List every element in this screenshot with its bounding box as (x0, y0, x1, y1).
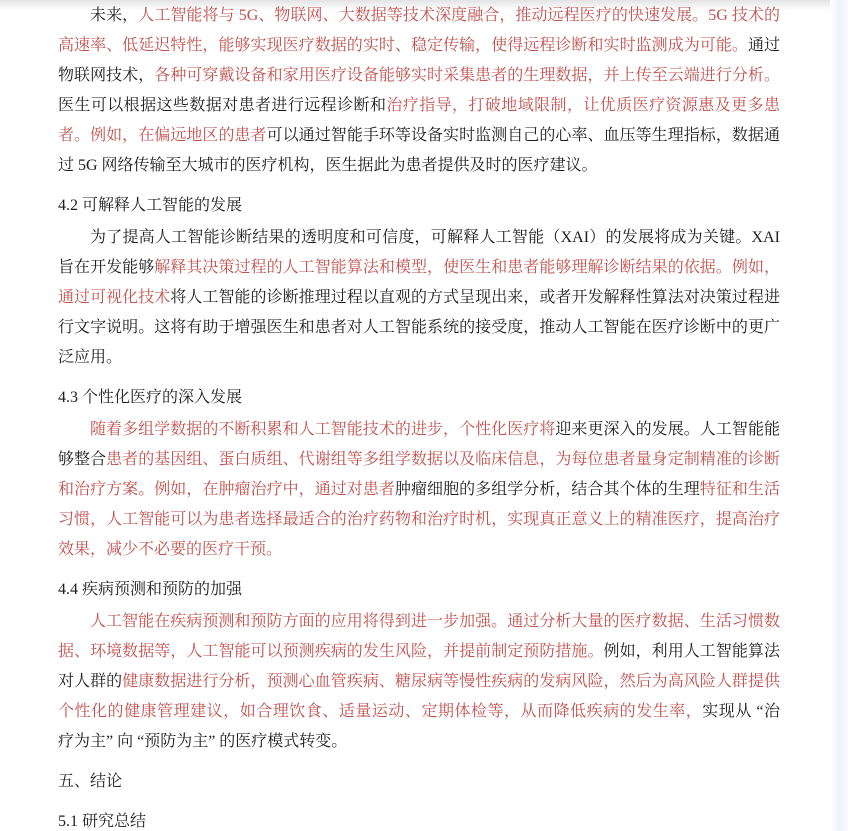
document-line: 通过可视化技术将人工智能的诊断推理过程以直观的方式呈现出来，或者开发解释性算法对… (58, 283, 780, 313)
revision-text-run: 人工智能将与 5G、物联网、大数据等技术深度融合，推动远程医疗的快速发展。5G … (138, 7, 780, 24)
body-text-run: 够整合 (58, 451, 106, 468)
body-text-run: 未来， (90, 7, 138, 24)
revision-text-run: 各种可穿戴设备和家用医疗设备能够实时采集患者的生理数据，并上传至云端进行分析。 (154, 67, 780, 84)
revision-text-run: 高速率、低延迟特性，能够实现医疗数据的实时、稳定传输，使得远程诊断和实时监测成为… (58, 37, 748, 54)
document-line: 过 5G 网络传输至大城市的医疗机构，医生据此为患者提供及时的医疗建议。 (58, 151, 780, 181)
body-text-run: 物联网技术， (58, 67, 154, 84)
body-text-run: 4.3 个性化医疗的深入发展 (58, 389, 242, 406)
document-line: 物联网技术，各种可穿戴设备和家用医疗设备能够实时采集患者的生理数据，并上传至云端… (58, 61, 780, 91)
revision-text-run: 随着多组学数据的不断积累和人工智能技术的进步，个性化医疗将 (90, 421, 555, 438)
revision-text-run: 者。例如，在偏远地区的患者 (58, 127, 267, 144)
body-text-run: 医生可以根据这些数据对患者进行远程诊断和 (58, 97, 386, 114)
revision-text-run: 据、环境数据等，人工智能可以预测疾病的发生风险，并提前制定预防措施。 (58, 643, 604, 660)
document-line: 旨在开发能够解释其决策过程的人工智能算法和模型，使医生和患者能够理解诊断结果的依… (58, 253, 780, 283)
section-heading: 4.3 个性化医疗的深入发展 (58, 383, 780, 413)
revision-text-run: 特征和生活 (700, 481, 780, 498)
body-text-run: 迎来更深入的发展。人工智能能 (555, 421, 780, 438)
scrollbar-track[interactable] (830, 0, 848, 831)
body-text-run: 肿瘤细胞的多组学分析，结合其个体的生理 (395, 481, 700, 498)
document-line: 行文字说明。这将有助于增强医生和患者对人工智能系统的接受度，推动人工智能在医疗诊… (58, 313, 780, 343)
document-line: 者。例如，在偏远地区的患者可以通过智能手环等设备实时监测自己的心率、血压等生理指… (58, 121, 780, 151)
body-text-run: 过 5G 网络传输至大城市的医疗机构，医生据此为患者提供及时的医疗建议。 (58, 157, 598, 174)
revision-text-run: 习惯，人工智能可以为患者选择最适合的治疗药物和治疗时机，实现真正意义上的精准医疗… (58, 511, 780, 528)
revision-text-run: 和治疗方案。例如，在肿瘤治疗中，通过对患者 (58, 481, 395, 498)
document-line: 医生可以根据这些数据对患者进行远程诊断和治疗指导，打破地域限制，让优质医疗资源惠… (58, 91, 780, 121)
document-line: 疗为主” 向 “预防为主” 的医疗模式转变。 (58, 727, 780, 757)
revision-text-run: 治疗指导，打破地域限制，让优质医疗资源惠及更多患 (386, 97, 780, 114)
document-line: 随着多组学数据的不断积累和人工智能技术的进步，个性化医疗将迎来更深入的发展。人工… (58, 415, 780, 445)
body-text-run: 可以通过智能手环等设备实时监测自己的心率、血压等生理指标，数据通 (267, 127, 780, 144)
body-text-run: 对人群的 (58, 673, 122, 690)
document-line: 效果，减少不必要的医疗干预。 (58, 535, 780, 565)
document-line: 习惯，人工智能可以为患者选择最适合的治疗药物和治疗时机，实现真正意义上的精准医疗… (58, 505, 780, 535)
revision-text-run: 人工智能在疾病预测和预防方面的应用将得到进一步加强。通过分析大量的医疗数据、生活… (90, 613, 780, 630)
body-text-run: 为了提高人工智能诊断结果的透明度和可信度，可解释人工智能（XAI）的发展将成为关… (90, 229, 780, 246)
document-line: 为了提高人工智能诊断结果的透明度和可信度，可解释人工智能（XAI）的发展将成为关… (58, 223, 780, 253)
document-line: 对人群的健康数据进行分析，预测心血管疾病、糖尿病等慢性疾病的发病风险，然后为高风… (58, 667, 780, 697)
body-text-run: 疗为主” 向 “预防为主” 的医疗模式转变。 (58, 733, 347, 750)
revision-text-run: 健康数据进行分析，预测心血管疾病、糖尿病等慢性疾病的发病风险，然后为高风险人群提… (122, 673, 780, 690)
document-line: 够整合患者的基因组、蛋白质组、代谢组等多组学数据以及临床信息，为每位患者量身定制… (58, 445, 780, 475)
body-text-run: 旨在开发能够 (58, 259, 154, 276)
body-text-run: 将人工智能的诊断推理过程以直观的方式呈现出来，或者开发解释性算法对决策过程进 (170, 289, 780, 306)
document-line: 个性化的健康管理建议，如合理饮食、适量运动、定期体检等，从而降低疾病的发生率，实… (58, 697, 780, 727)
body-text-run: 通过 (748, 37, 780, 54)
body-text-run: 五、结论 (58, 773, 122, 790)
document-line: 泛应用。 (58, 343, 780, 373)
section-heading: 4.4 疾病预测和预防的加强 (58, 575, 780, 605)
body-text-run: 4.2 可解释人工智能的发展 (58, 197, 242, 214)
section-heading: 5.1 研究总结 (58, 807, 780, 831)
document-line: 据、环境数据等，人工智能可以预测疾病的发生风险，并提前制定预防措施。例如，利用人… (58, 637, 780, 667)
section-heading: 4.2 可解释人工智能的发展 (58, 191, 780, 221)
document-text-area: 未来，人工智能将与 5G、物联网、大数据等技术深度融合，推动远程医疗的快速发展。… (58, 1, 780, 831)
body-text-run: 4.4 疾病预测和预防的加强 (58, 581, 242, 598)
document-page: { "page": { "width": 848, "height": 831,… (0, 0, 848, 831)
document-line: 未来，人工智能将与 5G、物联网、大数据等技术深度融合，推动远程医疗的快速发展。… (58, 1, 780, 31)
revision-text-run: 通过可视化技术 (58, 289, 170, 306)
section-heading: 五、结论 (58, 767, 780, 797)
body-text-run: 例如，利用人工智能算法 (604, 643, 780, 660)
document-line: 和治疗方案。例如，在肿瘤治疗中，通过对患者肿瘤细胞的多组学分析，结合其个体的生理… (58, 475, 780, 505)
body-text-run: 5.1 研究总结 (58, 813, 146, 830)
body-text-run: 泛应用。 (58, 349, 122, 366)
revision-text-run: 解释其决策过程的人工智能算法和模型，使医生和患者能够理解诊断结果的依据。例如， (154, 259, 780, 276)
revision-text-run: 效果，减少不必要的医疗干预。 (58, 541, 282, 558)
document-line: 高速率、低延迟特性，能够实现医疗数据的实时、稳定传输，使得远程诊断和实时监测成为… (58, 31, 780, 61)
revision-text-run: 患者的基因组、蛋白质组、代谢组等多组学数据以及临床信息，为每位患者量身定制精准的… (106, 451, 780, 468)
body-text-run: 实现从 “治 (702, 703, 780, 720)
document-line: 人工智能在疾病预测和预防方面的应用将得到进一步加强。通过分析大量的医疗数据、生活… (58, 607, 780, 637)
body-text-run: 行文字说明。这将有助于增强医生和患者对人工智能系统的接受度，推动人工智能在医疗诊… (58, 319, 780, 336)
revision-text-run: 个性化的健康管理建议，如合理饮食、适量运动、定期体检等，从而降低疾病的发生率， (58, 703, 702, 720)
